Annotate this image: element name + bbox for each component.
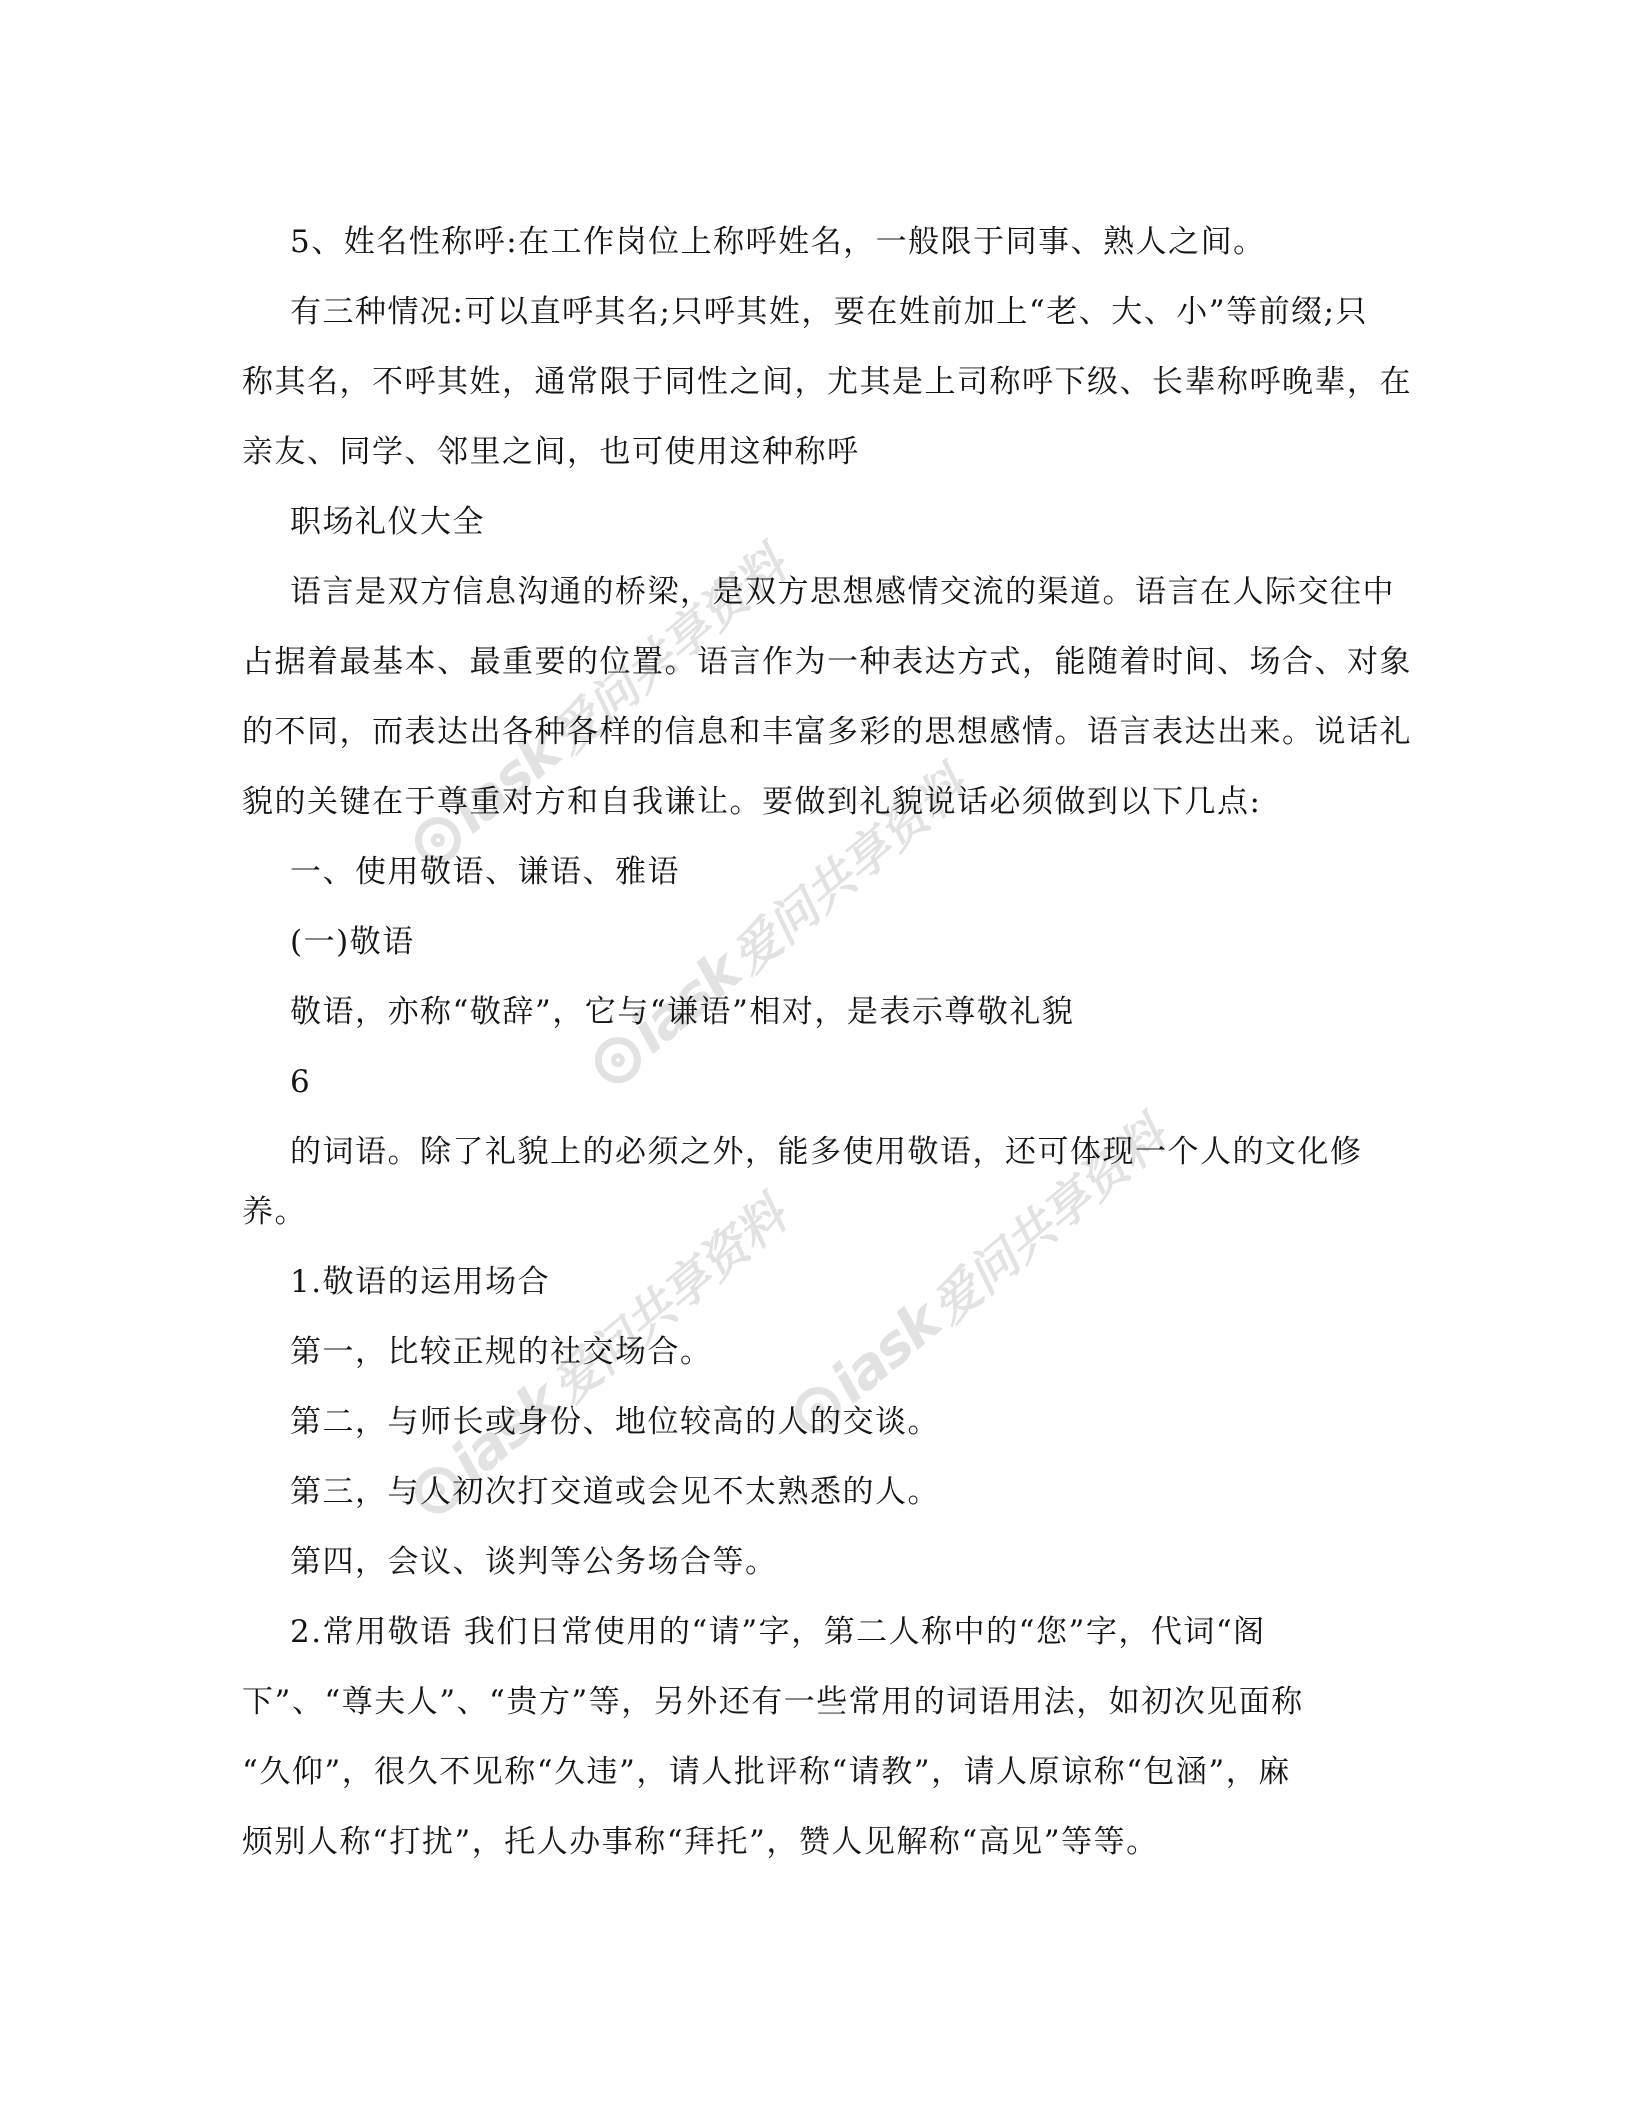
- text-line: “久仰”，很久不见称“久违”，请人批评称“请教”，请人原谅称“包涵”，麻: [242, 1752, 1291, 1792]
- text-line: 称其名，不呼其姓，通常限于同性之间，尤其是上司称呼下级、长辈称呼晚辈，在: [242, 362, 1412, 402]
- iask-logo-icon: [585, 1027, 650, 1092]
- text-line: 2.常用敬语 我们日常使用的“请”字，第二人称中的“您”字，代词“阁: [290, 1612, 1266, 1652]
- text-line: 有三种情况:可以直呼其名;只呼其姓，要在姓前加上“老、大、小”等前缀;只: [290, 292, 1368, 332]
- section-heading: 职场礼仪大全: [290, 502, 485, 542]
- text-line: 敬语，亦称“敬辞”，它与“谦语”相对，是表示尊敬礼貌: [290, 992, 1074, 1032]
- subsection-heading: (一)敬语: [290, 922, 415, 962]
- list-item: 第三，与人初次打交道或会见不太熟悉的人。: [290, 1472, 940, 1512]
- list-item: 第二，与师长或身份、地位较高的人的交谈。: [290, 1402, 940, 1442]
- subsection-heading: 1.敬语的运用场合: [290, 1262, 550, 1302]
- text-line: 亲友、同学、邻里之间，也可使用这种称呼: [242, 432, 860, 472]
- text-line: 语言是双方信息沟通的桥梁，是双方思想感情交流的渠道。语言在人际交往中: [290, 572, 1395, 612]
- text-line: 5、姓名性称呼:在工作岗位上称呼姓名，一般限于同事、熟人之间。: [290, 222, 1266, 262]
- subsection-heading: 一、使用敬语、谦语、雅语: [290, 852, 680, 892]
- text-line: 烦别人称“打扰”，托人办事称“拜托”，赞人见解称“高见”等等。: [242, 1822, 1159, 1862]
- text-line: 貌的关键在于尊重对方和自我谦让。要做到礼貌说话必须做到以下几点:: [242, 782, 1261, 822]
- text-line: 养。: [242, 1192, 307, 1232]
- text-line: 占据着最基本、最重要的位置。语言作为一种表达方式，能随着时间、场合、对象: [242, 642, 1412, 682]
- text-line: 下”、“尊夫人”、“贵方”等，另外还有一些常用的词语用法，如初次见面称: [242, 1682, 1304, 1722]
- document-page: iask 爱问共享资料 iask 爱问共享资料 iask 爱问共享资料 iask…: [0, 0, 1632, 2112]
- list-item: 第四，会议、谈判等公务场合等。: [290, 1542, 778, 1582]
- text-line: 的不同，而表达出各种各样的信息和丰富多彩的思想感情。语言表达出来。说话礼: [242, 712, 1412, 752]
- text-line: 的词语。除了礼貌上的必须之外，能多使用敬语，还可体现一个人的文化修: [290, 1132, 1363, 1172]
- list-item: 第一，比较正规的社交场合。: [290, 1332, 713, 1372]
- page-number: 6: [290, 1062, 311, 1102]
